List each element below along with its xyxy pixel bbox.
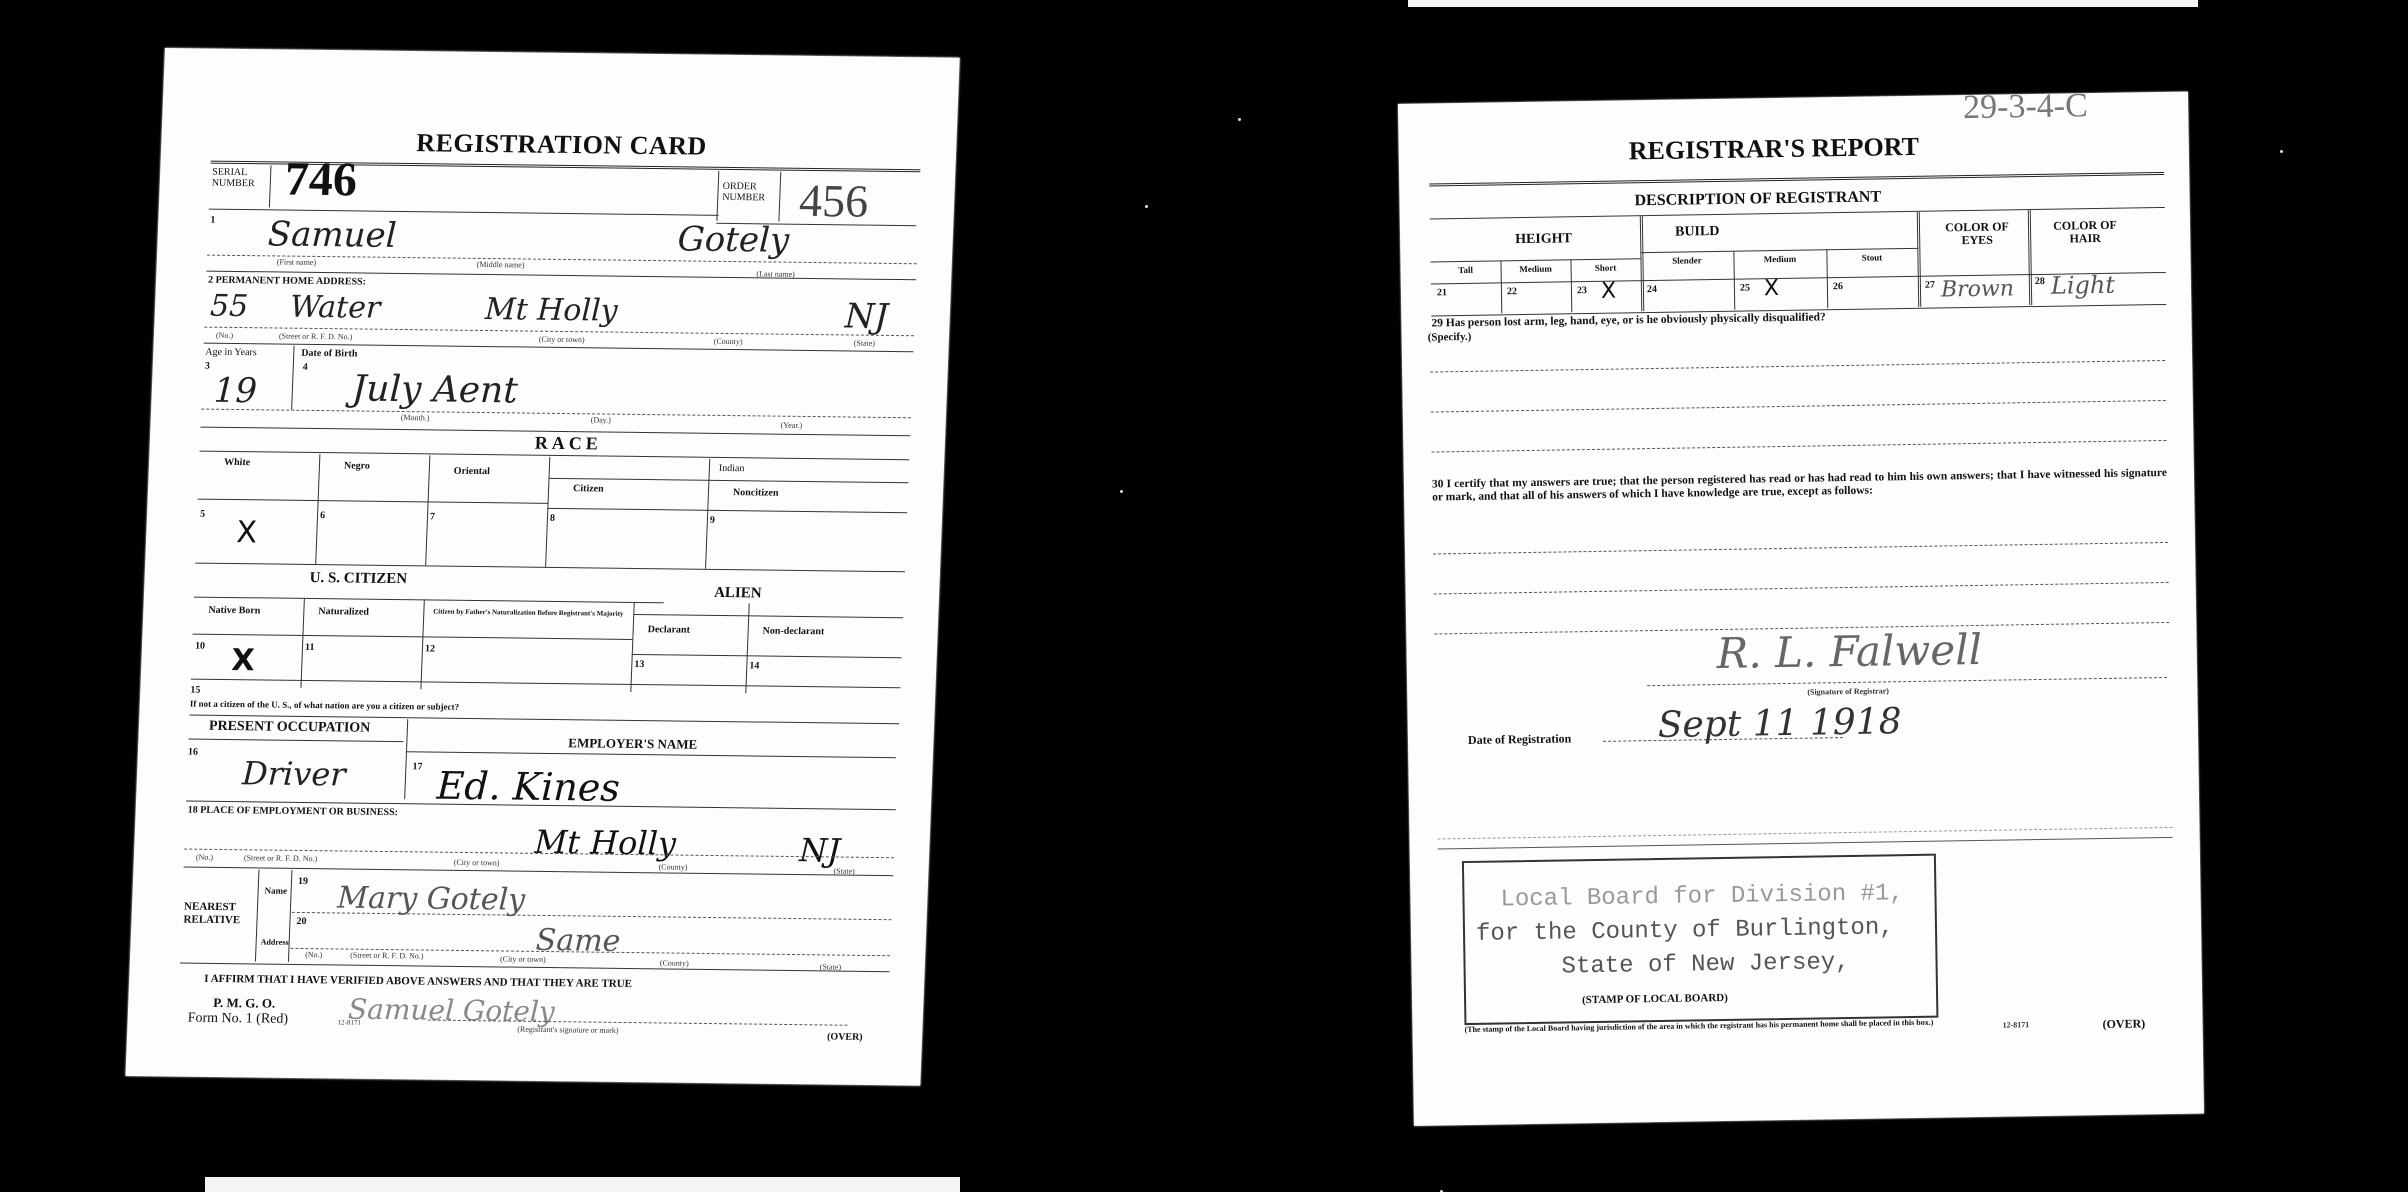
field-number: 3: [205, 361, 210, 372]
dob-label: Date of Birth: [301, 348, 358, 360]
field-number: 11: [305, 642, 315, 653]
print-code: 12-8171: [2002, 1020, 2029, 1029]
field-number: 7: [430, 511, 435, 522]
occupation-value: Driver: [241, 754, 346, 793]
order-number: 456: [798, 174, 869, 228]
field-number: 27: [1925, 280, 1935, 291]
dust-speck: [1238, 118, 1241, 121]
field-number: 6: [320, 510, 325, 521]
field-number: 4: [303, 362, 308, 373]
place-city: Mt Holly: [534, 823, 677, 863]
registrant-signature: Samuel Gotely: [347, 993, 555, 1029]
divider: [705, 459, 710, 569]
field-number: 8: [550, 513, 555, 524]
relative-name-label: Name: [264, 886, 287, 896]
check-mark: X: [1764, 276, 1779, 301]
nearest-relative-label: NEAREST RELATIVE: [183, 901, 254, 928]
divider: [778, 172, 781, 222]
race-table: White5XNegro6Oriental7Citizen8Noncitizen…: [165, 48, 960, 58]
rule: [1434, 582, 2169, 595]
divider: [425, 455, 430, 565]
age-value: 19: [213, 371, 258, 412]
field-number: 9: [710, 515, 715, 526]
registration-date-label: Date of Registration: [1468, 731, 1572, 748]
place-county-label: (County): [658, 862, 687, 871]
first-name-label: (First name): [277, 257, 317, 266]
middle-name-label: (Middle name): [477, 260, 525, 270]
employer-value: Ed. Kines: [436, 764, 621, 810]
first-name: Samuel: [267, 214, 397, 256]
relative-city-label: (City or town): [500, 954, 546, 964]
divider: [315, 454, 320, 564]
alien-heading: ALIEN: [714, 585, 762, 603]
rule: [1431, 400, 2166, 413]
hair-color: Light: [2051, 271, 2116, 300]
rule: [195, 563, 905, 573]
height-build-column-label: Slender: [1640, 255, 1733, 266]
adjacent-card-bottom-edge: [205, 1177, 960, 1192]
height-heading: HEIGHT: [1515, 231, 1572, 248]
signature-label: (Registrant's signature or mark): [517, 1025, 619, 1035]
height-build-column-label: Short: [1571, 262, 1641, 273]
citizen-column-label: Naturalized: [318, 606, 369, 618]
rule: [1438, 837, 2173, 850]
relative-address: Same: [535, 923, 621, 959]
last-name: Gotely: [677, 219, 790, 260]
rule: [406, 751, 896, 758]
citizen-column-label: Non-declarant: [762, 626, 824, 638]
employer-heading: EMPLOYER'S NAME: [568, 735, 697, 753]
rule: [188, 739, 403, 743]
divider: [2028, 210, 2032, 305]
place-state: NJ: [799, 831, 841, 869]
q15-label: If not a citizen of the U. S., of what n…: [190, 699, 460, 712]
field-number: 16: [188, 747, 198, 758]
stamp-line-3: State of New Jersey,: [1561, 949, 1849, 981]
indian-label: Indian: [719, 463, 745, 474]
address-city-label: (City or town): [539, 335, 585, 345]
field-number: 15: [190, 685, 200, 696]
rule: [292, 912, 892, 920]
form-id-line2: Form No. 1 (Red): [187, 1011, 288, 1028]
rule: [1433, 542, 2168, 555]
address-street-label: (Street or R. F. D. No.): [279, 332, 353, 342]
divider: [269, 165, 272, 207]
citizen-table: Native Born10XNaturalized11Citizen by Fa…: [165, 48, 960, 58]
age-label: Age in Years: [205, 347, 257, 359]
rule: [191, 679, 901, 689]
divider: [404, 719, 408, 799]
field-number: 10: [195, 641, 205, 652]
dust-speck: [1120, 490, 1123, 493]
rule: [1430, 207, 2165, 220]
race-column-label: Noncitizen: [733, 487, 779, 499]
citizen-column-label: Native Born: [208, 605, 260, 617]
relative-address-label: Address: [261, 938, 289, 947]
height-build-column-label: Medium: [1501, 263, 1571, 274]
field-number: 1: [210, 215, 215, 226]
stamp-label: (STAMP OF LOCAL BOARD): [1582, 992, 1728, 1006]
field-number: 21: [1437, 287, 1447, 298]
rule: [1430, 360, 2165, 373]
race-heading: RACE: [534, 433, 602, 455]
field-number: 24: [1647, 284, 1657, 295]
rule: [180, 963, 890, 973]
relative-no-label: (No.): [305, 950, 322, 959]
field-number: 14: [749, 660, 759, 671]
divider: [545, 457, 550, 567]
rule: [547, 508, 907, 513]
check-mark: X: [231, 643, 255, 678]
field-number: 26: [1833, 281, 1843, 292]
hair-heading: COLOR OF HAIR: [2045, 219, 2125, 246]
dob-month-label: (Month.): [401, 413, 430, 422]
registrars-report-card: 29-3-4-C REGISTRAR'S REPORT DESCRIPTION …: [1398, 92, 2204, 1126]
rule: [201, 409, 911, 419]
relative-county-label: (County): [660, 958, 689, 967]
dust-speck: [1145, 205, 1148, 208]
q29-specify: (Specify.): [1428, 331, 1472, 344]
address-no-label: (No.): [216, 331, 233, 340]
address-city: Mt Holly: [484, 292, 618, 329]
us-citizen-heading: U. S. CITIZEN: [309, 570, 407, 588]
address-state: NJ: [844, 296, 889, 337]
occupation-heading: PRESENT OCCUPATION: [209, 719, 371, 737]
divider: [630, 602, 634, 692]
registration-card: REGISTRATION CARD SERIAL NUMBER 746 ORDE…: [126, 48, 960, 1086]
citizen-column-label: Citizen by Father's Naturalization Befor…: [428, 607, 628, 618]
eyes-heading: COLOR OF EYES: [1937, 220, 2017, 247]
rule: [1429, 172, 2164, 187]
q30-text: 30 I certify that my answers are true; t…: [1432, 467, 2167, 505]
place-no-label: (No.): [196, 853, 213, 862]
dob-year-label: (Year.): [780, 421, 802, 430]
rule: [192, 634, 632, 640]
height-build-column-label: Medium: [1733, 253, 1826, 264]
citizen-column-label: Declarant: [647, 624, 690, 636]
race-column-label: Negro: [344, 460, 370, 471]
field-number: 17: [412, 761, 422, 772]
rule: [1647, 677, 2167, 686]
registration-card-title: REGISTRATION CARD: [416, 128, 707, 162]
over-label: (OVER): [827, 1031, 863, 1042]
form-id-line1: P. M. G. O.: [213, 995, 276, 1012]
check-mark: X: [1601, 279, 1616, 304]
field-number: 12: [425, 643, 435, 654]
rule: [632, 654, 902, 658]
dust-speck: [2280, 150, 2283, 153]
registrar-signature: R. L. Falwell: [1716, 625, 1982, 678]
race-column-label: Citizen: [573, 483, 604, 494]
place-city-label: (City or town): [454, 858, 500, 868]
report-title: REGISTRAR'S REPORT: [1629, 132, 1920, 167]
eye-color: Brown: [1941, 276, 2014, 302]
field-number: 23: [1577, 285, 1587, 296]
race-column-label: Oriental: [454, 466, 491, 477]
file-code: 29-3-4-C: [1963, 87, 2088, 127]
relative-street-label: (Street or R. F. D. No.): [350, 951, 424, 961]
race-column-label: White: [224, 457, 251, 468]
address-street: Water: [289, 290, 381, 326]
registrar-signature-label: (Signature of Registrar): [1807, 686, 1889, 696]
rule: [633, 614, 903, 618]
dob-value: July Aent: [351, 368, 518, 411]
field-number: 20: [296, 916, 306, 927]
field-number: 13: [634, 659, 644, 670]
divider: [716, 171, 719, 221]
address-number: 55: [209, 289, 249, 324]
description-heading: DESCRIPTION OF REGISTRANT: [1634, 188, 1881, 210]
height-build-column-label: Tall: [1431, 264, 1501, 275]
field-number: 19: [298, 876, 308, 887]
height-build-column-label: Stout: [1826, 252, 1917, 263]
address-state-label: (State): [854, 339, 876, 348]
rule: [548, 478, 908, 483]
address-label: 2 PERMANENT HOME ADDRESS:: [208, 275, 366, 288]
rule: [194, 597, 664, 604]
field-number: 28: [2035, 276, 2045, 287]
build-heading: BUILD: [1675, 224, 1720, 241]
divider: [291, 346, 294, 410]
affirmation-text: I AFFIRM THAT I HAVE VERIFIED ABOVE ANSW…: [204, 973, 632, 990]
check-mark: X: [236, 515, 258, 550]
field-number: 22: [1507, 286, 1517, 297]
field-number: 5: [200, 509, 205, 520]
over-label: (OVER): [2102, 1016, 2145, 1032]
divider: [255, 869, 260, 961]
serial-number-label: SERIAL NUMBER: [212, 167, 268, 190]
serial-number: 746: [284, 152, 358, 208]
address-county-label: (County): [714, 337, 743, 346]
rule: [1438, 827, 2173, 840]
rule: [184, 867, 894, 877]
rule: [1431, 440, 2166, 453]
order-number-label: ORDER NUMBER: [722, 181, 778, 204]
field-number: 25: [1740, 282, 1750, 293]
adjacent-card-top-edge: [1408, 0, 2198, 7]
dob-day-label: (Day.): [591, 415, 611, 424]
divider: [745, 603, 749, 693]
place-street-label: (Street or R. F. D. No.): [244, 853, 318, 863]
place-of-employment-label: 18 PLACE OF EMPLOYMENT OR BUSINESS:: [188, 805, 399, 819]
rule: [198, 499, 548, 504]
